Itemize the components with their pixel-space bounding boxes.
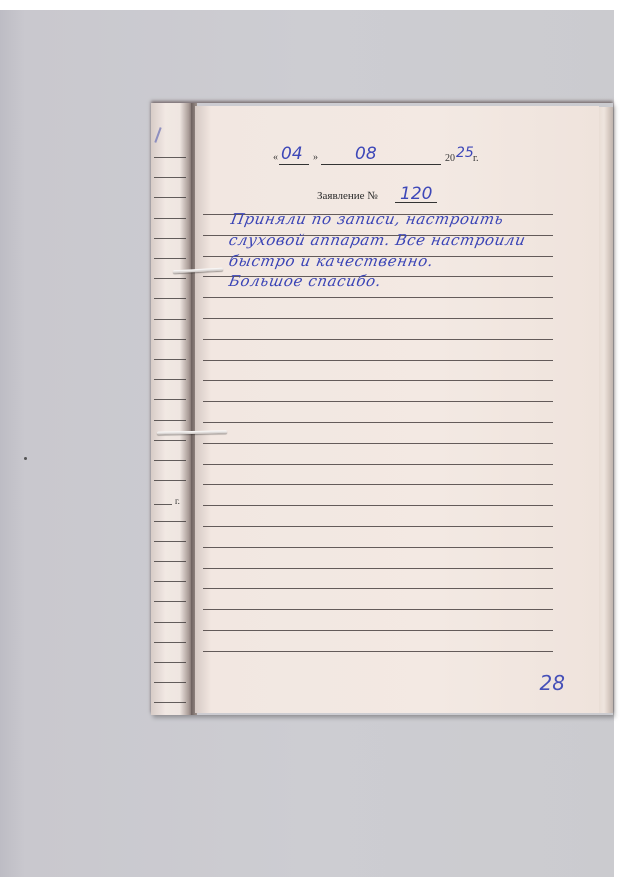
ruled-line [203,588,553,589]
ruled-line [203,297,553,298]
ruled-line [203,360,553,361]
handwritten-line: Большое спасибо. [227,272,382,290]
year-label: г. [473,153,478,164]
application-title-label: Заявление № [317,190,378,202]
stub-line [154,601,186,602]
stub-line [154,642,186,643]
ruled-line [203,318,553,319]
date-month: 08 [355,144,377,164]
stub-line [154,521,186,522]
stub-line [154,197,186,198]
handwritten-line: быстро и качественно. [227,252,435,270]
dust-speck [24,457,27,460]
ruled-line [203,505,553,506]
year-suffix: 25 [456,145,474,161]
stub-line [154,278,186,279]
ruled-line [203,443,553,444]
day-underline [279,164,309,165]
handwritten-line: слуховой аппарат. Все настроили [227,231,527,249]
ruled-line [203,339,553,340]
stub-line [154,298,186,299]
stub-line [154,177,186,178]
ruled-line [203,630,553,631]
stub-line [154,581,186,582]
number-underline [395,202,437,203]
ruled-line [203,380,553,381]
stub-line [154,359,186,360]
ruled-line [203,464,553,465]
stub-line [154,258,186,259]
stub-year-label: г. [175,496,180,506]
close-quote: » [313,152,318,163]
stub-line [154,339,186,340]
journal-page: « 04 » 08 20 25 г. Заявление № 120 Приня… [195,106,599,713]
stub-line [154,622,186,623]
application-title-row: Заявление № 120 [195,186,599,206]
stub-line [154,379,186,380]
application-number: 120 [400,184,432,204]
ruled-line [203,484,553,485]
stub-line [154,662,186,663]
journal-book: г. « 04 » 08 20 25 г. Заявление № 120 Пр… [151,103,613,715]
handwritten-line: Приняли по записи, настроить [229,210,505,228]
scan-right-margin [614,0,620,877]
stub-pen-mark [154,127,161,143]
stub-year-line [154,504,172,505]
ruled-line [203,568,553,569]
ruled-line [203,401,553,402]
stub-line [154,682,186,683]
ruled-line [203,651,553,652]
year-prefix: 20 [445,153,455,164]
counterfoil-stub: г. [151,103,192,715]
stub-line [154,702,186,703]
stub-line [154,561,186,562]
month-underline [321,164,441,165]
scan-top-margin [0,0,620,10]
stub-line [154,157,186,158]
stub-line [154,420,186,421]
page-stack-edge [598,107,613,713]
ruled-line [203,547,553,548]
stub-line [154,480,186,481]
stub-line [154,460,186,461]
ruled-line [203,422,553,423]
date-row: « 04 » 08 20 25 г. [195,144,599,166]
date-day: 04 [281,144,303,164]
stub-line [154,238,186,239]
stub-line [154,541,186,542]
open-quote: « [273,152,278,163]
stub-line [154,440,186,441]
page-number: 28 [540,671,565,695]
stub-line [154,319,186,320]
stub-line [154,399,186,400]
ruled-line [203,526,553,527]
stub-line [154,218,186,219]
ruled-line [203,609,553,610]
